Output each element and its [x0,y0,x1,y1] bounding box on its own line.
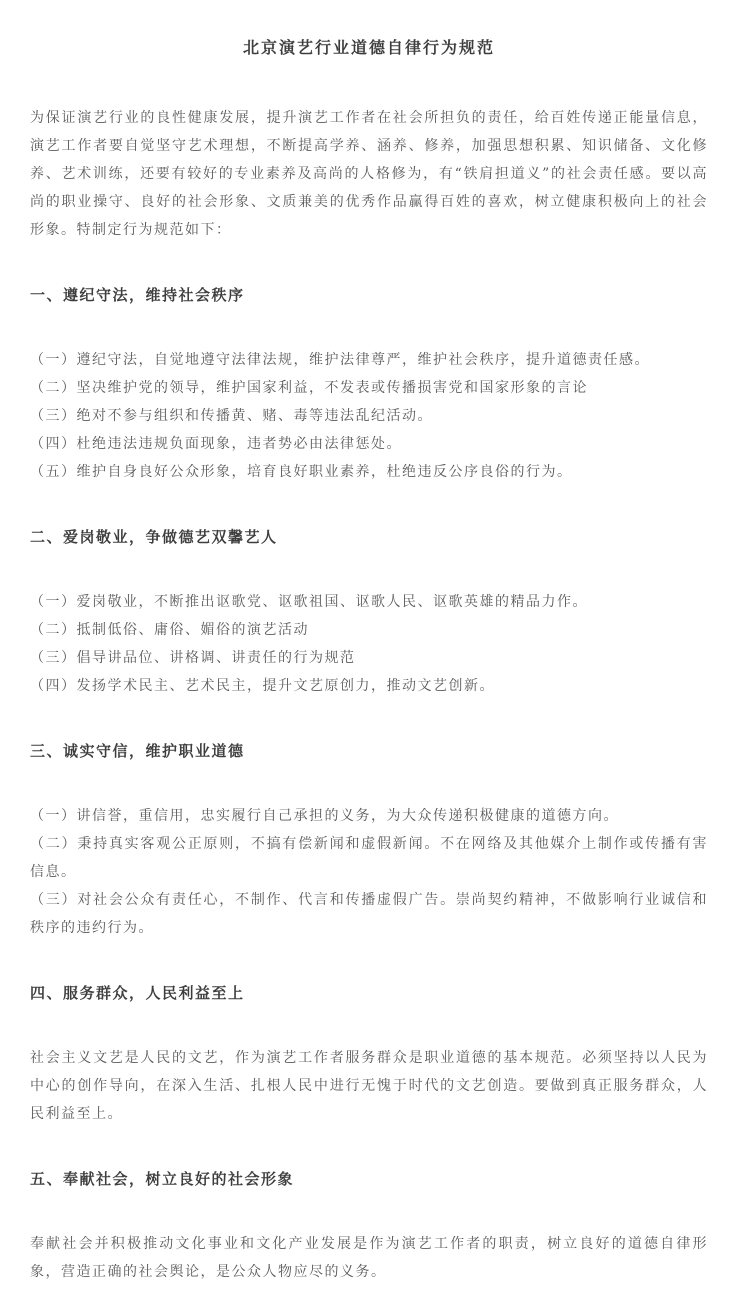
section-2-item-1: （一）爱岗敬业，不断推出讴歌党、讴歌祖国、讴歌人民、讴歌英雄的精品力作。 [30,588,708,616]
section-3-item-1: （一）讲信誉，重信用，忠实履行自己承担的义务，为大众传递积极健康的道德方向。 [30,802,708,830]
section-1-item-3: （三）绝对不参与组织和传播黄、赌、毒等违法乱纪活动。 [30,402,708,430]
section-professional-dedication: 二、爱岗敬业，争做德艺双馨艺人 （一）爱岗敬业，不断推出讴歌党、讴歌祖国、讴歌人… [30,528,708,700]
section-social-contribution: 五、奉献社会，树立良好的社会形象 奉献社会并积极推动文化事业和文化产业发展是作为… [30,1170,708,1286]
section-2-item-4: （四）发扬学术民主、艺术民主，提升文艺原创力，推动文艺创新。 [30,672,708,700]
section-4-paragraph: 社会主义文艺是人民的文艺，作为演艺工作者服务群众是职业道德的基本规范。必须坚持以… [30,1044,708,1128]
section-4-heading: 四、服务群众，人民利益至上 [30,984,708,1002]
section-2-item-2: （二）抵制低俗、庸俗、媚俗的演艺活动 [30,616,708,644]
section-1-item-5: （五）维护自身良好公众形象，培育良好职业素养，杜绝违反公序良俗的行为。 [30,458,708,486]
section-serving-the-people: 四、服务群众，人民利益至上 社会主义文艺是人民的文艺，作为演艺工作者服务群众是职… [30,984,708,1128]
section-2-heading: 二、爱岗敬业，争做德艺双馨艺人 [30,528,708,546]
section-5-paragraph: 奉献社会并积极推动文化事业和文化产业发展是作为演艺工作者的职责，树立良好的道德自… [30,1230,708,1286]
section-3-item-2: （二）秉持真实客观公正原则，不搞有偿新闻和虚假新闻。不在网络及其他媒介上制作或传… [30,830,708,886]
section-2-item-3: （三）倡导讲品位、讲格调、讲责任的行为规范 [30,644,708,672]
section-1-item-2: （二）坚决维护党的领导，维护国家利益，不发表或传播损害党和国家形象的言论 [30,374,708,402]
section-3-item-3: （三）对社会公众有责任心，不制作、代言和传播虚假广告。崇尚契约精神，不做影响行业… [30,886,708,942]
intro-paragraph: 为保证演艺行业的良性健康发展，提升演艺工作者在社会所担负的责任，给百姓传递正能量… [30,104,708,244]
section-5-heading: 五、奉献社会，树立良好的社会形象 [30,1170,708,1188]
section-1-item-4: （四）杜绝违法违规负面现象，违者势必由法律惩处。 [30,430,708,458]
section-3-heading: 三、诚实守信，维护职业道德 [30,742,708,760]
document-title: 北京演艺行业道德自律行为规范 [30,36,708,60]
section-1-item-1: （一）遵纪守法，自觉地遵守法律法规，维护法律尊严，维护社会秩序，提升道德责任感。 [30,346,708,374]
section-law-abiding: 一、遵纪守法，维持社会秩序 （一）遵纪守法，自觉地遵守法律法规，维护法律尊严，维… [30,286,708,486]
section-honesty-integrity: 三、诚实守信，维护职业道德 （一）讲信誉，重信用，忠实履行自己承担的义务，为大众… [30,742,708,942]
document-page: 北京演艺行业道德自律行为规范 为保证演艺行业的良性健康发展，提升演艺工作者在社会… [0,0,740,1314]
section-1-heading: 一、遵纪守法，维持社会秩序 [30,286,708,304]
